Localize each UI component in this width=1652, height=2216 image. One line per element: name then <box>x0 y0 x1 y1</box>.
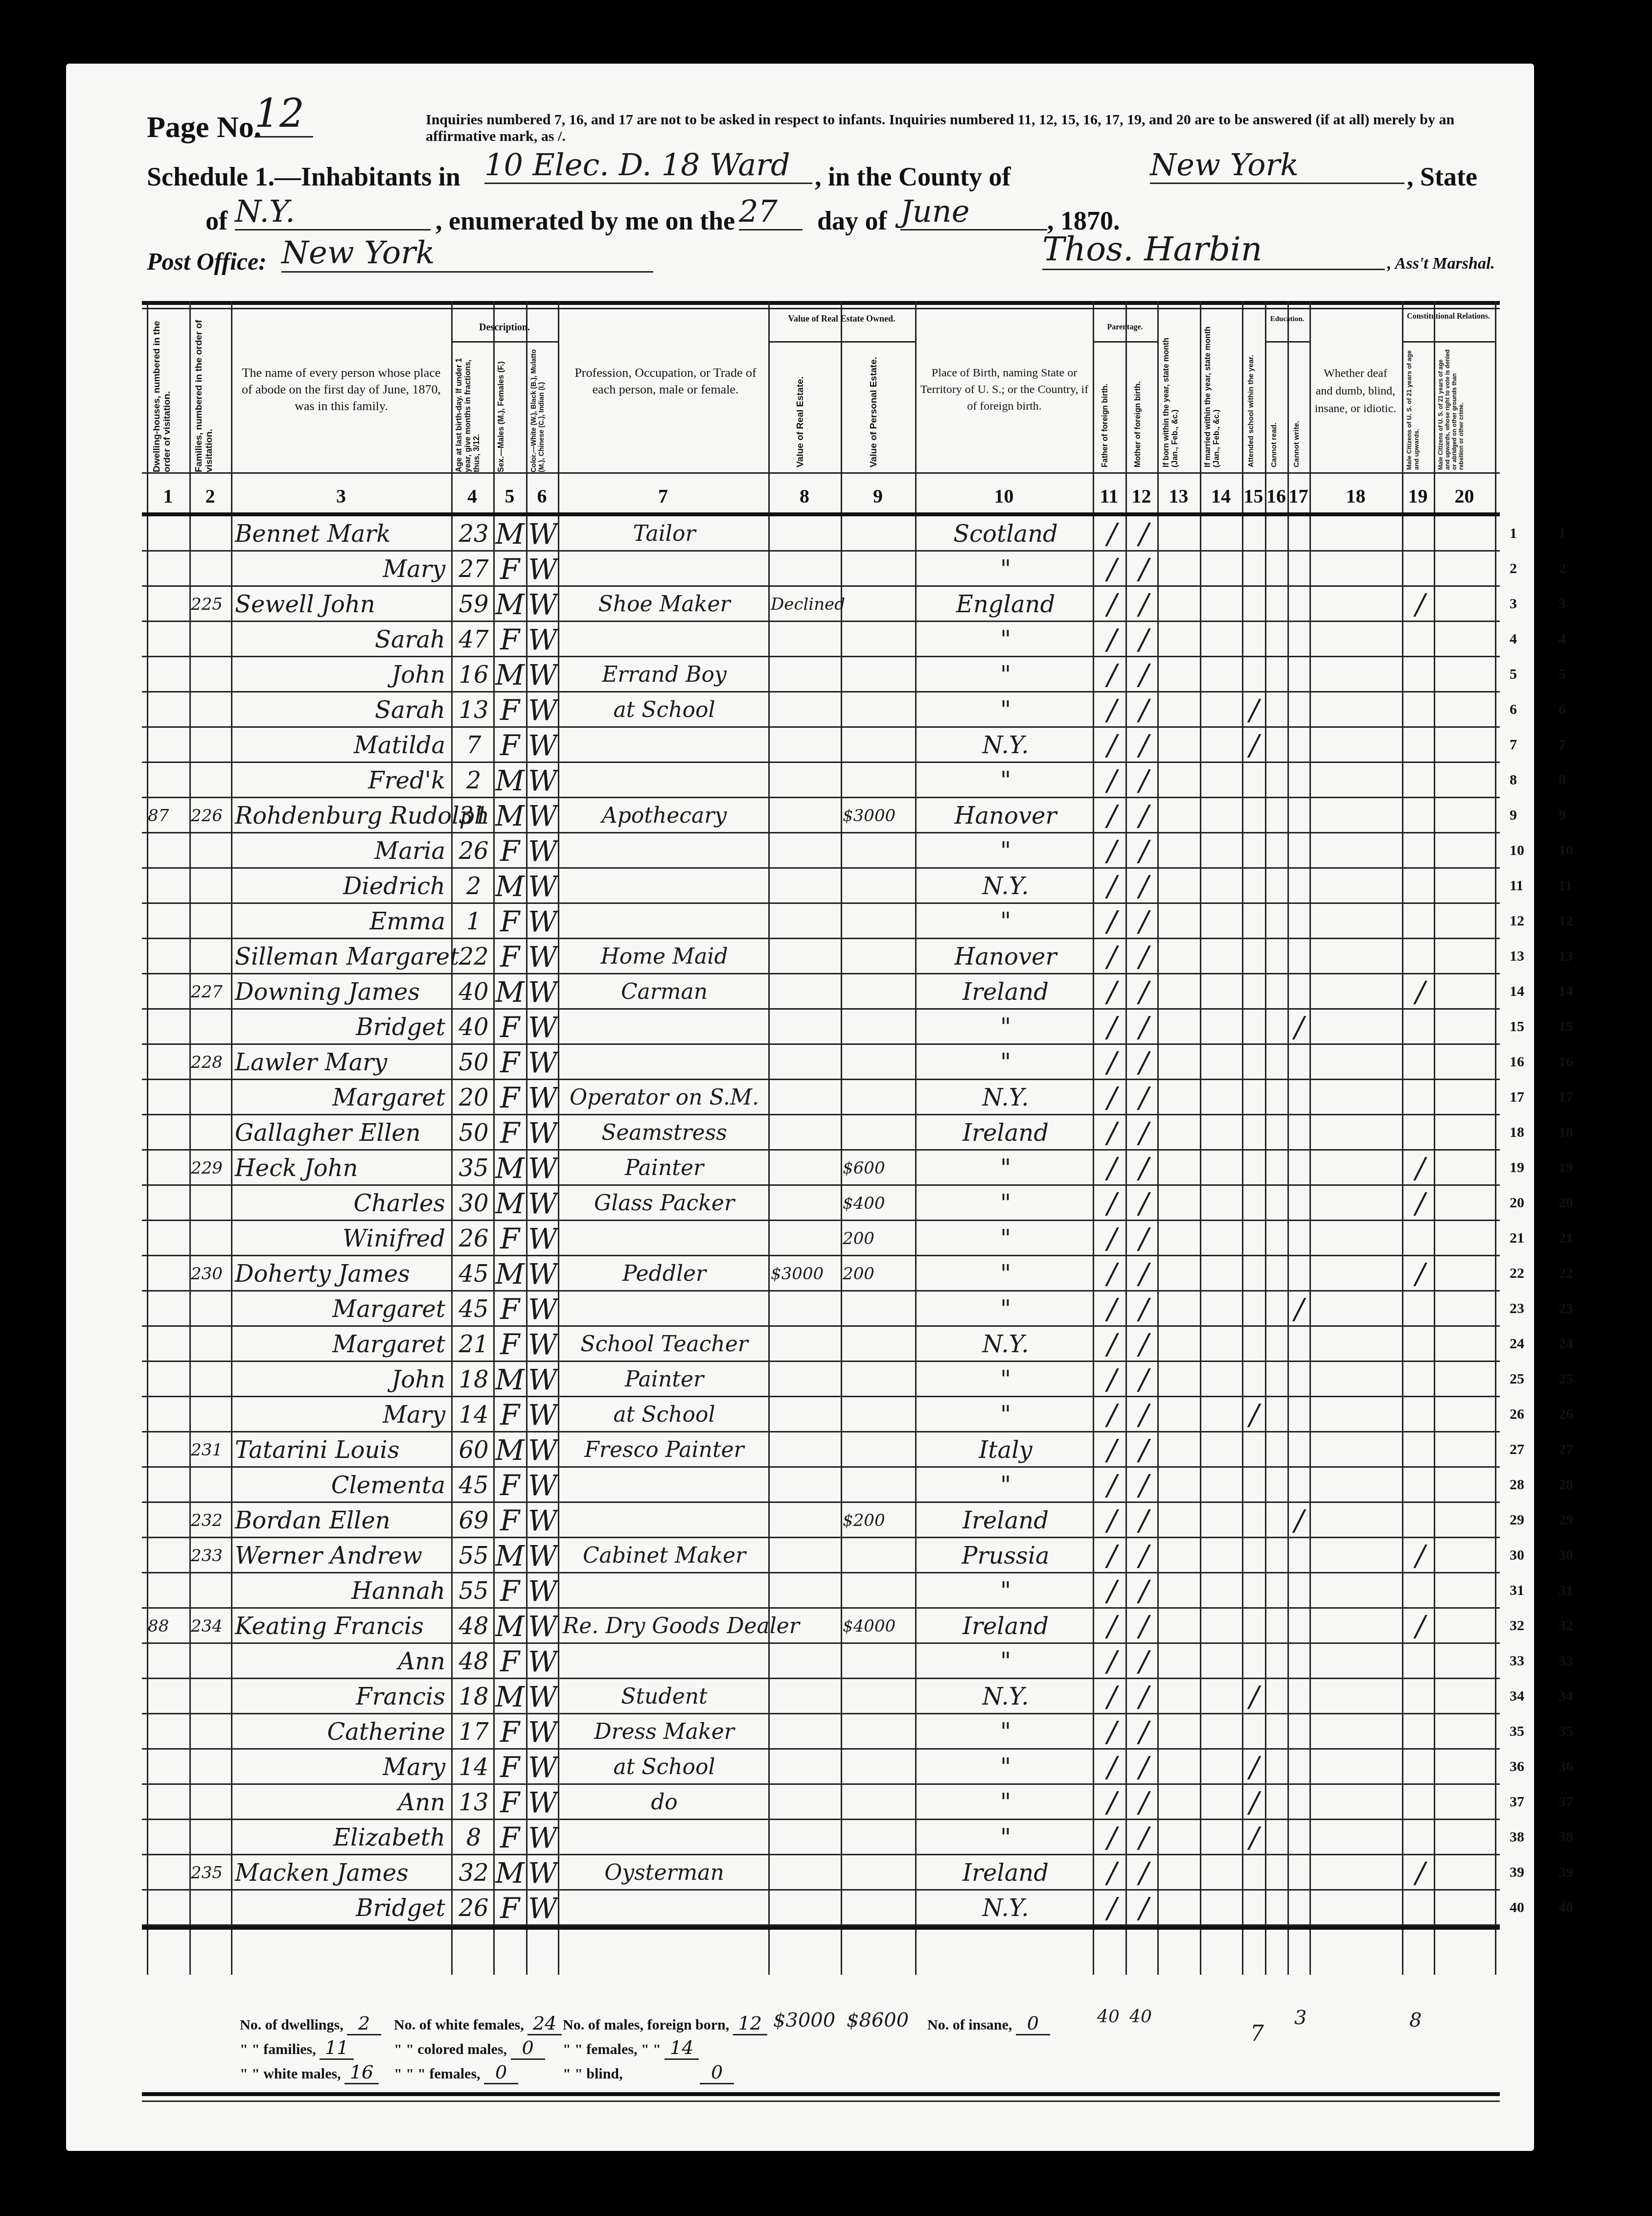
cell-write <box>1290 1327 1308 1362</box>
line-number: 7 <box>1510 737 1517 753</box>
cell-dwelling <box>148 692 189 728</box>
cell-family: 228 <box>191 1045 230 1080</box>
cell-citizen <box>1409 798 1431 833</box>
cell-write: / <box>1290 1503 1308 1538</box>
line-number: 37 <box>1559 1794 1573 1810</box>
cell-occupation <box>563 1573 766 1609</box>
cell-school <box>1245 1468 1263 1503</box>
line-number: 19 <box>1510 1159 1524 1176</box>
cell-citizen <box>1409 1397 1431 1432</box>
cell-sex: M <box>495 516 525 552</box>
cell-color: W <box>528 1045 557 1080</box>
cell-age: 48 <box>455 1644 492 1679</box>
cell-birthplace: N.Y. <box>920 1891 1091 1926</box>
cell-mother: / <box>1133 1292 1155 1327</box>
cell-name: John <box>235 1362 450 1397</box>
cell-mother: / <box>1133 1045 1155 1080</box>
cell-family <box>191 1292 230 1327</box>
cell-real <box>771 657 839 692</box>
cell-birthplace: " <box>920 692 1091 728</box>
cell-father: / <box>1101 552 1123 587</box>
col-number: 1 <box>147 485 189 508</box>
cell-sex: M <box>495 657 525 692</box>
cell-occupation: Re. Dry Goods Dealer <box>563 1609 766 1644</box>
cell-family <box>191 1785 230 1820</box>
summary-white-males-value: 16 <box>344 2061 379 2084</box>
cell-birthplace: " <box>920 1820 1091 1855</box>
group-rule <box>451 341 558 343</box>
col-number: 9 <box>841 485 915 508</box>
cell-name: Bridget <box>235 1010 450 1045</box>
cell-dwelling <box>148 1750 189 1785</box>
col-number: 15 <box>1242 485 1265 508</box>
cell-real <box>771 1292 839 1327</box>
col-header-7: Profession, Occupation, or Trade of each… <box>573 365 758 398</box>
cell-school <box>1245 1186 1263 1221</box>
cell-citizen: / <box>1409 1256 1431 1292</box>
cell-birthplace: " <box>920 763 1091 798</box>
cell-occupation: Seamstress <box>563 1115 766 1151</box>
table-row: Margaret45FW"/// <box>142 1292 1500 1327</box>
cell-father: / <box>1101 1010 1123 1045</box>
cell-dwelling <box>148 1855 189 1891</box>
cell-school <box>1245 1714 1263 1750</box>
cell-age: 40 <box>455 1010 492 1045</box>
cell-dwelling <box>148 763 189 798</box>
cell-read <box>1267 1292 1286 1327</box>
cell-write <box>1290 657 1308 692</box>
cell-birthplace: N.Y. <box>920 1679 1091 1714</box>
cell-name: Charles <box>235 1186 450 1221</box>
col-number: 18 <box>1309 485 1402 508</box>
cell-name: John <box>235 657 450 692</box>
col-header-6: Color.—White (W.), Black (B.), Mulatto (… <box>529 345 555 472</box>
cell-mother: / <box>1133 728 1155 763</box>
cell-citizen <box>1409 728 1431 763</box>
cell-read <box>1267 1644 1286 1679</box>
page-bottom-rule-inner <box>142 2101 1500 2102</box>
cell-read <box>1267 1256 1286 1292</box>
body-top-rule <box>142 512 1500 516</box>
cell-personal <box>843 1468 914 1503</box>
cell-read <box>1267 1538 1286 1573</box>
cell-real <box>771 869 839 904</box>
cell-dwelling <box>148 1891 189 1926</box>
table-row: Margaret20FWOperator on S.M.N.Y.// <box>142 1080 1500 1115</box>
cell-name: Mary <box>235 1397 450 1432</box>
cell-sex: M <box>495 763 525 798</box>
cell-color: W <box>528 692 557 728</box>
table-top-rule <box>142 301 1500 305</box>
line-number: 25 <box>1559 1371 1573 1387</box>
cell-father: / <box>1101 1045 1123 1080</box>
table-row: Winifred26FW200"// <box>142 1221 1500 1256</box>
cell-occupation: Student <box>563 1679 766 1714</box>
cell-age: 30 <box>455 1186 492 1221</box>
cell-school <box>1245 1327 1263 1362</box>
cell-name: Mary <box>235 1750 450 1785</box>
cell-personal <box>843 1432 914 1468</box>
summary-colored-females: " " " females, 0 <box>394 2061 518 2084</box>
cell-name: Francis <box>235 1679 450 1714</box>
cell-citizen <box>1409 833 1431 869</box>
cell-color: W <box>528 1503 557 1538</box>
summary-families: " " families, 11 <box>240 2037 354 2060</box>
col-number: 13 <box>1157 485 1200 508</box>
summary-colored-males: " " colored males, 0 <box>394 2037 545 2060</box>
summary-mother-total: 40 <box>1129 2007 1152 2027</box>
col-number: 14 <box>1200 485 1242 508</box>
cell-write: / <box>1290 1292 1308 1327</box>
line-number: 33 <box>1510 1653 1524 1669</box>
cell-write <box>1290 516 1308 552</box>
cell-father: / <box>1101 1432 1123 1468</box>
cell-read <box>1267 692 1286 728</box>
cell-real <box>771 833 839 869</box>
cell-sex: M <box>495 1256 525 1292</box>
cell-name: Gallagher Ellen <box>235 1115 450 1151</box>
cell-personal <box>843 869 914 904</box>
cell-dwelling <box>148 622 189 657</box>
cell-personal <box>843 1080 914 1115</box>
cell-real <box>771 974 839 1010</box>
cell-real <box>771 1186 839 1221</box>
cell-age: 45 <box>455 1468 492 1503</box>
cell-color: W <box>528 1538 557 1573</box>
cell-age: 2 <box>455 869 492 904</box>
cell-occupation <box>563 904 766 939</box>
cell-real <box>771 1115 839 1151</box>
cell-dwelling <box>148 1362 189 1397</box>
post-office-value: New York <box>281 235 653 273</box>
cell-personal: $600 <box>843 1151 914 1186</box>
table-top-rule-inner <box>142 308 1500 309</box>
cell-dwelling <box>148 1256 189 1292</box>
cell-father: / <box>1101 1397 1123 1432</box>
cell-age: 50 <box>455 1045 492 1080</box>
cell-sex: F <box>495 1327 525 1362</box>
cell-real: $3000 <box>771 1256 839 1292</box>
cell-family: 229 <box>191 1151 230 1186</box>
state-value: N.Y. <box>235 193 431 231</box>
cell-family <box>191 516 230 552</box>
table-row: 233Werner Andrew55MWCabinet MakerPrussia… <box>142 1538 1500 1573</box>
line-number: 13 <box>1510 948 1524 965</box>
cell-citizen <box>1409 692 1431 728</box>
cell-father: / <box>1101 904 1123 939</box>
cell-occupation: Carman <box>563 974 766 1010</box>
cell-citizen <box>1409 1714 1431 1750</box>
cell-dwelling <box>148 1221 189 1256</box>
cell-sex: F <box>495 1644 525 1679</box>
cell-birthplace: Ireland <box>920 1503 1091 1538</box>
cell-read <box>1267 1186 1286 1221</box>
cell-family <box>191 939 230 974</box>
table-row: 229Heck John35MWPainter$600"/// <box>142 1151 1500 1186</box>
cell-family <box>191 1750 230 1785</box>
cell-occupation <box>563 833 766 869</box>
group-constitutional: Constitutional Relations. <box>1402 312 1495 322</box>
cell-dwelling: 87 <box>148 798 189 833</box>
cell-real <box>771 1221 839 1256</box>
marshal-label: , Ass't Marshal. <box>1387 254 1495 273</box>
col-header-12: Mother of foreign birth. <box>1133 350 1152 467</box>
line-number: 24 <box>1510 1336 1524 1352</box>
cell-dwelling <box>148 1397 189 1432</box>
cell-birthplace: " <box>920 1714 1091 1750</box>
cell-personal <box>843 728 914 763</box>
cell-school: / <box>1245 1785 1263 1820</box>
cell-birthplace: " <box>920 1644 1091 1679</box>
table-row: Francis18MWStudentN.Y./// <box>142 1679 1500 1714</box>
cell-citizen <box>1409 1503 1431 1538</box>
cell-mother: / <box>1133 1115 1155 1151</box>
cell-name: Ann <box>235 1644 450 1679</box>
cell-dwelling <box>148 869 189 904</box>
cell-personal <box>843 1891 914 1926</box>
cell-name: Diedrich <box>235 869 450 904</box>
table-row: Ann48FW"// <box>142 1644 1500 1679</box>
summary-foreign-females-value: 14 <box>665 2037 699 2060</box>
cell-father: / <box>1101 798 1123 833</box>
col-number: 12 <box>1125 485 1157 508</box>
cell-name: Werner Andrew <box>235 1538 450 1573</box>
cell-real: Declined <box>771 587 839 622</box>
cell-occupation <box>563 1644 766 1679</box>
cell-father: / <box>1101 587 1123 622</box>
cell-color: W <box>528 1891 557 1926</box>
cell-color: W <box>528 1573 557 1609</box>
line-number: 17 <box>1510 1089 1524 1106</box>
cell-dwelling <box>148 516 189 552</box>
cell-school <box>1245 1045 1263 1080</box>
post-office-label: Post Office: <box>147 247 267 276</box>
cell-sex: F <box>495 1397 525 1432</box>
cell-personal <box>843 1644 914 1679</box>
cell-dwelling <box>148 1573 189 1609</box>
cell-birthplace: Italy <box>920 1432 1091 1468</box>
cell-write <box>1290 552 1308 587</box>
table-row: 227Downing James40MWCarmanIreland/// <box>142 974 1500 1010</box>
cell-family <box>191 1679 230 1714</box>
cell-sex: F <box>495 1080 525 1115</box>
cell-citizen <box>1409 904 1431 939</box>
cell-occupation: Shoe Maker <box>563 587 766 622</box>
col-header-14: If married within the year, state month … <box>1204 316 1238 467</box>
line-number: 15 <box>1510 1018 1524 1035</box>
cell-name: Fred'k <box>235 763 450 798</box>
cell-read <box>1267 1891 1286 1926</box>
cell-name: Doherty James <box>235 1256 450 1292</box>
cell-occupation <box>563 763 766 798</box>
cell-real <box>771 763 839 798</box>
cell-dwelling <box>148 833 189 869</box>
line-number: 14 <box>1559 983 1573 1000</box>
cell-mother: / <box>1133 1327 1155 1362</box>
cell-father: / <box>1101 1221 1123 1256</box>
cell-read <box>1267 1714 1286 1750</box>
cell-father: / <box>1101 1468 1123 1503</box>
line-number: 15 <box>1559 1018 1573 1035</box>
line-number: 39 <box>1559 1864 1573 1881</box>
cell-age: 13 <box>455 1785 492 1820</box>
col-header-15: Attended school within the year. <box>1246 311 1262 467</box>
cell-occupation <box>563 1045 766 1080</box>
cell-write <box>1290 1045 1308 1080</box>
cell-birthplace: " <box>920 1468 1091 1503</box>
cell-age: 23 <box>455 516 492 552</box>
cell-sex: M <box>495 1151 525 1186</box>
cell-school <box>1245 1221 1263 1256</box>
cell-family: 230 <box>191 1256 230 1292</box>
cell-school: / <box>1245 1679 1263 1714</box>
cell-dwelling <box>148 657 189 692</box>
cell-citizen: / <box>1409 1609 1431 1644</box>
line-number: 32 <box>1559 1617 1573 1634</box>
cell-father: / <box>1101 1679 1123 1714</box>
cell-write <box>1290 1151 1308 1186</box>
cell-real <box>771 798 839 833</box>
cell-father: / <box>1101 1855 1123 1891</box>
line-number: 1 <box>1510 525 1517 542</box>
cell-personal <box>843 1855 914 1891</box>
cell-school: / <box>1245 1820 1263 1855</box>
cell-real <box>771 1468 839 1503</box>
month-value: June <box>900 193 1047 231</box>
cell-mother: / <box>1133 1538 1155 1573</box>
cell-read <box>1267 904 1286 939</box>
cell-write <box>1290 1186 1308 1221</box>
table-row: 230Doherty James45MWPeddler$3000200"/// <box>142 1256 1500 1292</box>
cell-family <box>191 692 230 728</box>
cell-occupation: at School <box>563 1397 766 1432</box>
cell-write <box>1290 974 1308 1010</box>
cell-citizen: / <box>1409 1538 1431 1573</box>
cell-dwelling <box>148 1538 189 1573</box>
cell-school <box>1245 587 1263 622</box>
line-number: 25 <box>1510 1371 1524 1387</box>
cell-occupation: Operator on S.M. <box>563 1080 766 1115</box>
cell-family <box>191 1010 230 1045</box>
table-row: 225Sewell John59MWShoe MakerDeclinedEngl… <box>142 587 1500 622</box>
cell-read <box>1267 516 1286 552</box>
line-number: 16 <box>1510 1054 1524 1070</box>
marshal-signature: Thos. Harbin <box>1042 230 1385 270</box>
cell-write <box>1290 1221 1308 1256</box>
cell-occupation: do <box>563 1785 766 1820</box>
cell-school <box>1245 798 1263 833</box>
table-row: Margaret21FWSchool TeacherN.Y.// <box>142 1327 1500 1362</box>
line-number: 22 <box>1510 1265 1524 1282</box>
cell-occupation: Peddler <box>563 1256 766 1292</box>
line-number: 22 <box>1559 1265 1573 1282</box>
cell-personal <box>843 552 914 587</box>
page-number: 12 <box>254 91 313 138</box>
line-number: 30 <box>1559 1547 1573 1564</box>
cell-birthplace: N.Y. <box>920 869 1091 904</box>
cell-mother: / <box>1133 692 1155 728</box>
cell-family: 231 <box>191 1432 230 1468</box>
cell-family <box>191 657 230 692</box>
cell-name: Margaret <box>235 1327 450 1362</box>
cell-father: / <box>1101 1292 1123 1327</box>
cell-color: W <box>528 939 557 974</box>
cell-color: W <box>528 587 557 622</box>
cell-school <box>1245 622 1263 657</box>
cell-personal <box>843 904 914 939</box>
table-row: Catherine17FWDress Maker"// <box>142 1714 1500 1750</box>
table-row: Gallagher Ellen50FWSeamstressIreland// <box>142 1115 1500 1151</box>
cell-school <box>1245 833 1263 869</box>
cell-sex: M <box>495 587 525 622</box>
cell-write <box>1290 1609 1308 1644</box>
cell-birthplace: Ireland <box>920 974 1091 1010</box>
cell-mother: / <box>1133 1820 1155 1855</box>
cell-age: 1 <box>455 904 492 939</box>
cell-real <box>771 516 839 552</box>
cell-father: / <box>1101 763 1123 798</box>
cell-mother: / <box>1133 763 1155 798</box>
summary-insane-value: 0 <box>1016 2012 1050 2035</box>
cell-age: 45 <box>455 1256 492 1292</box>
line-number: 33 <box>1559 1653 1573 1669</box>
summary-dwellings-value: 2 <box>347 2012 381 2035</box>
cell-sex: F <box>495 939 525 974</box>
cell-school <box>1245 1855 1263 1891</box>
cell-sex: M <box>495 1538 525 1573</box>
cell-occupation: Home Maid <box>563 939 766 974</box>
table-row: Bridget26FWN.Y.// <box>142 1891 1500 1926</box>
cell-dwelling <box>148 1785 189 1820</box>
col-header-18: Whether deaf and dumb, blind, insane, or… <box>1314 365 1397 417</box>
cell-read <box>1267 798 1286 833</box>
line-number: 34 <box>1510 1688 1524 1705</box>
cell-mother: / <box>1133 1010 1155 1045</box>
line-number: 3 <box>1510 596 1517 612</box>
cell-citizen <box>1409 1327 1431 1362</box>
cell-mother: / <box>1133 1573 1155 1609</box>
line-number: 4 <box>1510 631 1517 647</box>
cell-color: W <box>528 552 557 587</box>
cell-age: 18 <box>455 1362 492 1397</box>
col-number: 11 <box>1093 485 1125 508</box>
cell-color: W <box>528 974 557 1010</box>
cell-occupation: Errand Boy <box>563 657 766 692</box>
cell-personal: 200 <box>843 1221 914 1256</box>
cell-birthplace: " <box>920 1151 1091 1186</box>
cell-mother: / <box>1133 1855 1155 1891</box>
cell-color: W <box>528 1362 557 1397</box>
cell-age: 16 <box>455 657 492 692</box>
cell-father: / <box>1101 974 1123 1010</box>
cell-age: 47 <box>455 622 492 657</box>
cell-sex: M <box>495 974 525 1010</box>
cell-family <box>191 1221 230 1256</box>
cell-occupation: Fresco Painter <box>563 1432 766 1468</box>
line-number: 10 <box>1510 842 1524 859</box>
cell-write <box>1290 1362 1308 1397</box>
cell-name: Mary <box>235 552 450 587</box>
cell-father: / <box>1101 516 1123 552</box>
cell-family <box>191 1644 230 1679</box>
cell-school <box>1245 1256 1263 1292</box>
cell-birthplace: Hanover <box>920 798 1091 833</box>
cell-occupation <box>563 1820 766 1855</box>
cell-occupation: Cabinet Maker <box>563 1538 766 1573</box>
cell-father: / <box>1101 1644 1123 1679</box>
cell-write <box>1290 1714 1308 1750</box>
cell-occupation <box>563 1221 766 1256</box>
